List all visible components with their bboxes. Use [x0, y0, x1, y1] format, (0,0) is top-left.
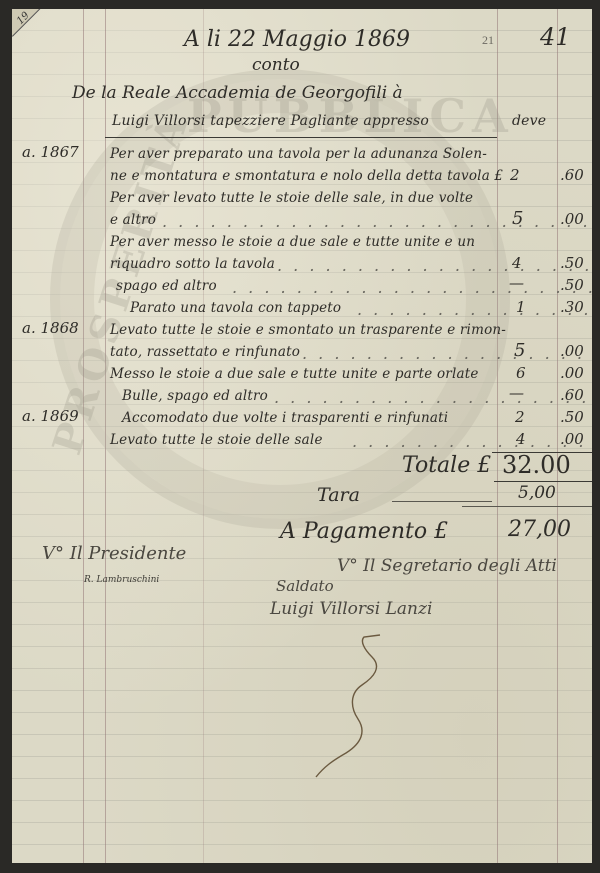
entry-line: Per aver levato tutte le stoie delle sal…: [110, 190, 473, 206]
total-value: 32.00: [502, 451, 571, 479]
addressee-line-2: Luigi Villorsi tapezziere Pagliante appr…: [112, 113, 429, 129]
entry-cents: .00: [560, 364, 584, 382]
entry-cents: .50: [560, 408, 584, 426]
addressee-line-1: De la Reale Accademia de Georgofili à: [72, 83, 403, 103]
entry-lire: 2: [515, 408, 525, 426]
entry-cents: .50: [560, 276, 584, 294]
entry-line: riquadro sotto la tavola: [110, 256, 275, 272]
payee-signature: Luigi Villorsi Lanzi: [270, 599, 432, 619]
entry-cents: .50: [560, 254, 584, 272]
entry-lire: —: [509, 384, 524, 402]
president-label: V° Il Presidente: [42, 543, 186, 564]
payment-value: 27,00: [508, 517, 571, 542]
folio-number: 41: [540, 23, 571, 51]
leader-dots: . . . . . . . . . . . . . . . . . . . . …: [274, 388, 592, 407]
entry-line: tato, rassettato e rinfunato: [110, 344, 300, 360]
entry-year: a. 1867: [22, 143, 79, 161]
entry-lire: 5: [514, 340, 525, 361]
total-label: Totale £: [402, 453, 491, 478]
entry-lire: 4: [512, 254, 522, 272]
paid-label: Saldato: [276, 577, 334, 595]
entry-lire: 1: [516, 298, 526, 316]
entry-line: Messo le stoie a due sale e tutte unite …: [110, 366, 479, 382]
entry-line: Per aver messo le stoie a due sale e tut…: [110, 234, 475, 250]
tara-value-rule: [462, 506, 592, 507]
secretary-label: V° Il Segretario degli Atti: [337, 556, 557, 576]
entry-lire: 6: [516, 364, 526, 382]
entry-lire: 5: [512, 208, 523, 229]
leader-dots: . . . . . . . . . . . . . . . . . . . . …: [302, 344, 592, 363]
president-name: R. Lambruschini: [84, 575, 159, 585]
date-line: A li 22 Maggio 1869: [184, 27, 410, 52]
entry-cents: .60: [560, 386, 584, 404]
entry-line: Accomodato due volte i trasparenti e rin…: [122, 410, 448, 426]
closing-flourish: [302, 627, 422, 807]
entry-year: a. 1869: [22, 407, 79, 425]
tara-label: Tara: [317, 484, 360, 506]
leader-dots: . . . . . . . . . . . . . . . . . .: [357, 300, 592, 319]
entry-line: Levato tutte le stoie delle sale: [110, 432, 323, 448]
document-title: conto: [252, 55, 300, 75]
amount-column-header: deve: [512, 113, 546, 129]
entry-line: Per aver preparato una tavola per la adu…: [110, 146, 487, 162]
entry-lire: 2: [510, 166, 520, 184]
total-bottom-rule: [494, 481, 592, 482]
leader-dots: . . . . . . . . . . . . . . . . . . . . …: [232, 278, 592, 297]
entry-lire: —: [509, 274, 524, 292]
header-rule: [105, 137, 497, 138]
entry-line: Bulle, spago ed altro: [122, 388, 268, 404]
entry-cents: .30: [560, 298, 584, 316]
leader-dots: . . . . . . . . . . . . . . . . . . .: [352, 432, 592, 451]
leader-dots: . . . . . . . . . . . . . . . . . . . . …: [162, 212, 592, 231]
entry-line: e altro: [110, 212, 156, 228]
entry-cents: .00: [560, 430, 584, 448]
leader-dots: . . . . . . . . . . . . . . . . . . . . …: [277, 256, 592, 275]
entry-line: Parato una tavola con tappeto: [130, 300, 341, 316]
tara-rule: [392, 501, 492, 502]
tara-value: 5,00: [518, 483, 556, 503]
entry-line: spago ed altro: [116, 278, 217, 294]
entry-line: Levato tutte le stoie e smontato un tras…: [110, 322, 506, 338]
entry-cents: .00: [560, 342, 584, 360]
entry-cents: .60: [560, 166, 584, 184]
entry-line: ne e montatura e smontatura e nolo della…: [110, 168, 503, 184]
entry-lire: 4: [516, 430, 526, 448]
document-page: PUBBLICA PROSPERITÀ 19 A li 22 Maggio 18…: [12, 9, 592, 863]
payment-label: A Pagamento £: [280, 519, 448, 544]
entry-cents: .00: [560, 210, 584, 228]
entry-year: a. 1868: [22, 319, 79, 337]
folio-stamp: 21: [482, 33, 494, 48]
